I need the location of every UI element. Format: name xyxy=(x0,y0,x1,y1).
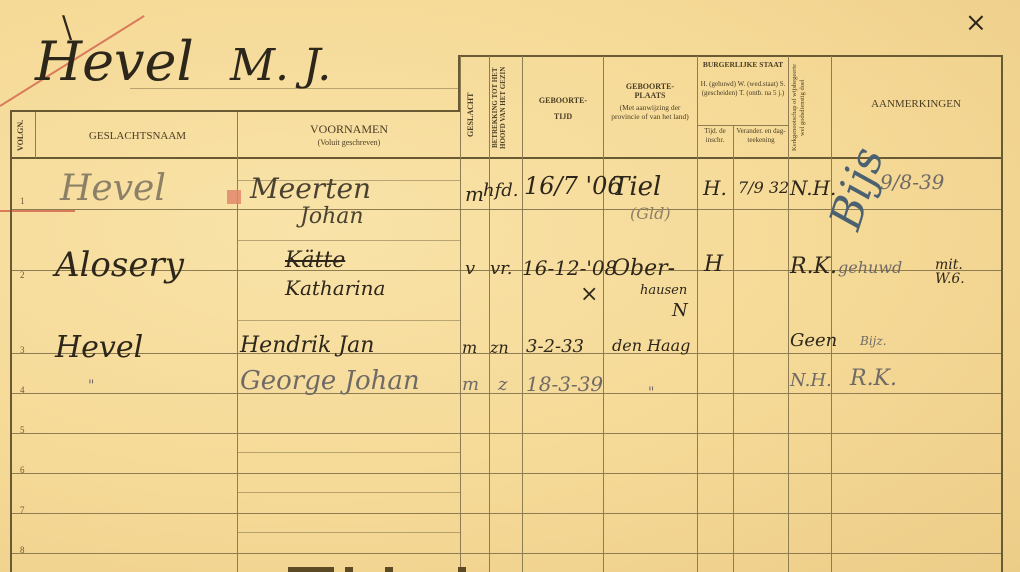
col-line xyxy=(788,56,789,572)
first-names-cell-2: Johan xyxy=(300,204,364,229)
frame-top-left xyxy=(10,110,460,112)
surname-cell: Alosery xyxy=(55,245,184,285)
col-line xyxy=(603,56,604,572)
row-number: 6 xyxy=(20,465,25,475)
birth-place-2: hausen xyxy=(640,283,687,298)
header-geboorteplaats-2: PLAATS xyxy=(605,91,695,100)
relation-cell: z xyxy=(498,374,507,395)
birth-place-note: N xyxy=(672,300,688,321)
top-left-mark: \ xyxy=(62,10,72,45)
remarks-cell: R.K. xyxy=(850,366,897,391)
birth-place-cell: den Haag xyxy=(612,336,690,355)
header-tijd-inschr: Tijd. de inschr. xyxy=(698,127,732,144)
birth-place-cell: Ober- xyxy=(612,256,675,281)
birth-date-mark: × xyxy=(580,282,598,307)
col-line xyxy=(35,112,36,158)
col-line xyxy=(733,125,734,572)
header-burgerlijke-staat: BURGERLIJKE STAAT xyxy=(699,60,787,69)
header-voornamen: VOORNAMEN xyxy=(240,122,458,137)
frame-top-right xyxy=(458,55,1003,57)
header-voornamen-sub: (Voluit geschreven) xyxy=(240,138,458,147)
birth-place-cell: Tiel xyxy=(612,172,661,202)
surname-cell: Hevel xyxy=(55,330,143,365)
bottom-mark xyxy=(288,567,334,572)
birth-date-cell: 3-2-33 xyxy=(526,336,584,357)
card-title-initials: M. J. xyxy=(230,40,331,91)
header-verander: Verander. en dag-teekening xyxy=(735,127,787,144)
sub-line xyxy=(238,532,460,533)
sub-line xyxy=(238,492,460,493)
header-aanmerkingen: AANMERKINGEN xyxy=(833,98,999,110)
row-number: 1 xyxy=(20,196,25,206)
gender-cell: m xyxy=(465,182,484,206)
col-line xyxy=(460,56,461,572)
frame-left xyxy=(10,110,12,572)
bottom-mark xyxy=(385,567,393,572)
civil-status-cell: H xyxy=(704,252,723,277)
header-geslacht: GESLACHT xyxy=(466,75,482,155)
relation-cell: hfd. xyxy=(483,180,519,201)
remarks-cell-2: mit. W.6. xyxy=(935,258,980,286)
birth-place-note: (Gld) xyxy=(630,204,671,223)
relation-cell: vr. xyxy=(490,258,513,279)
red-stamp xyxy=(227,190,241,204)
corner-mark: × xyxy=(965,8,987,38)
civil-status-cell: H. xyxy=(703,176,727,200)
religion-cell: R.K. xyxy=(790,254,837,279)
header-kerkgenootschap: Kerkgenootschap of wijsbegeerte wel gods… xyxy=(791,60,829,156)
surname-cell: " xyxy=(88,378,94,394)
surname-cell: Hevel xyxy=(60,168,166,209)
row-number: 7 xyxy=(20,505,25,515)
row-line xyxy=(12,553,1001,554)
card-title-surname: Hevel xyxy=(35,30,194,93)
row-number: 2 xyxy=(20,270,25,280)
gender-cell: m xyxy=(462,374,479,395)
col-line xyxy=(831,56,832,572)
birth-date-cell: 18-3-39 xyxy=(526,372,603,396)
col-line xyxy=(522,56,523,572)
remarks-cell: gehuwd xyxy=(838,258,902,277)
religion-cell: N.H. xyxy=(790,370,832,391)
first-names-cell: Hendrik Jan xyxy=(240,333,374,358)
header-geboortetijd-1: GEBOORTE- xyxy=(524,96,602,105)
first-names-cell: Katharina xyxy=(285,276,385,300)
header-volgnummer: VOLGN. xyxy=(16,115,30,155)
frame-right xyxy=(1001,55,1003,572)
sub-line xyxy=(238,452,460,453)
first-names-cell: George Johan xyxy=(240,366,420,396)
sub-line xyxy=(238,320,460,321)
row-number: 5 xyxy=(20,425,25,435)
header-geboorteplaats-sub: (Met aanwijzing der provincie of van het… xyxy=(608,103,692,121)
bottom-mark xyxy=(458,567,466,572)
header-betrekking: BETREKKING TOT HET HOOFD VAN HET GEZIN xyxy=(491,60,519,155)
birth-place-cell: " xyxy=(648,385,654,401)
header-geslachtsnaam: GESLACHTSNAAM xyxy=(40,130,235,142)
row-line xyxy=(12,513,1001,514)
birth-date-cell: 16/7 '06 xyxy=(524,172,623,200)
row-line xyxy=(12,473,1001,474)
col-line xyxy=(237,112,238,572)
header-burgerlijke-staat-sub: H. (gehuwd) W. (wed.staat) S. (gescheide… xyxy=(700,80,786,97)
row-line xyxy=(12,433,1001,434)
gender-cell: v xyxy=(465,258,475,279)
title-baseline xyxy=(130,88,460,89)
staat-split xyxy=(697,125,788,126)
first-names-cell: Meerten xyxy=(250,172,371,205)
first-names-struck: Kätte xyxy=(285,248,345,273)
bottom-mark xyxy=(345,567,353,572)
row-number: 8 xyxy=(20,545,25,555)
religion-cell: Geen xyxy=(790,330,837,351)
gender-cell: m xyxy=(462,338,477,357)
relation-cell: zn xyxy=(490,338,509,357)
birth-date-cell: 16-12-'08 xyxy=(522,256,617,280)
remarks-cell: Bijz. xyxy=(860,334,887,348)
sub-line xyxy=(238,240,460,241)
remarks-cell: 9/8-39 xyxy=(880,170,944,194)
header-geboortetijd-2: TIJD xyxy=(524,112,602,121)
row-number: 4 xyxy=(20,385,25,395)
civil-change-cell: 7/9 32 xyxy=(738,178,789,197)
header-geboorteplaats-1: GEBOORTE- xyxy=(605,82,695,91)
row-number: 3 xyxy=(20,345,25,355)
col-line xyxy=(489,56,490,572)
